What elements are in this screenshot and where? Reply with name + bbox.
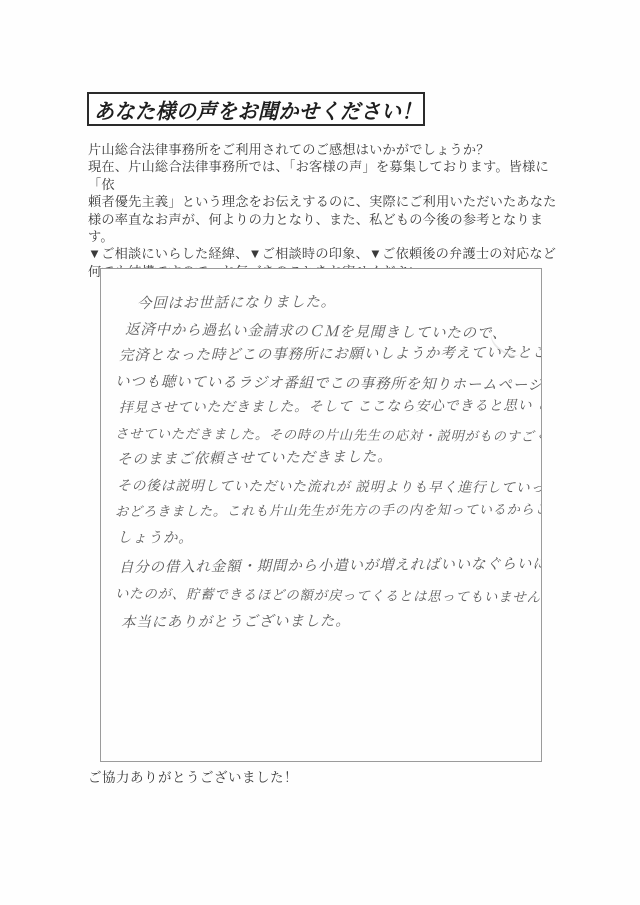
handwritten-line: 完済となった時どこの事務所にお願いしようか考えていたところ bbox=[119, 340, 539, 369]
handwritten-line: 本当にありがとうございました。 bbox=[121, 607, 539, 636]
handwritten-comment-box: 今回はお世話になりました。 返済中から過払い金請求のＣＭを見聞きしていたので、 … bbox=[100, 268, 542, 762]
handwritten-line: そのままご依頼させていただきました。 bbox=[117, 443, 539, 473]
handwritten-line: おどろきました。これも片山先生が先方の手の内を知っているからこそなんで bbox=[115, 497, 539, 525]
intro-paragraph: 片山総合法律事務所をご利用されてのご感想はいかがでしょうか？ 現在、片山総合法律… bbox=[88, 141, 558, 280]
handwritten-line: 自分の借入れ金額・期間から小遣いが増えればいいなぐらいに思って bbox=[119, 551, 539, 581]
handwritten-comment: 今回はお世話になりました。 返済中から過払い金請求のＣＭを見聞きしていたので、 … bbox=[115, 291, 539, 636]
intro-line: 片山総合法律事務所をご利用されてのご感想はいかがでしょうか？ bbox=[88, 141, 558, 158]
handwritten-line: 今回はお世話になりました。 bbox=[137, 287, 539, 317]
intro-line: 頼者優先主義」という理念をお伝えするのに、実際にご利用いただいたあなた bbox=[88, 193, 558, 210]
handwritten-line: しょうか。 bbox=[117, 525, 539, 554]
handwritten-line: いたのが、貯蓄できるほどの額が戻ってくるとは思ってもいませんでした bbox=[115, 581, 539, 611]
handwritten-line: 拝見させていただきました。そして ここなら安心できると思い ご相談 bbox=[119, 393, 539, 421]
closing-note: ご協力ありがとうございました！ bbox=[88, 766, 298, 786]
form-title: あなた様の声をお聞かせください！ bbox=[94, 94, 422, 124]
form-title-box: あなた様の声をお聞かせください！ bbox=[87, 92, 425, 126]
intro-line: 様の率直なお声が、何よりの力となり、また、私どもの今後の参考となります。 bbox=[88, 211, 558, 246]
intro-line: 現在、片山総合法律事務所では、「お客様の声」を募集しております。皆様に「依 bbox=[88, 158, 558, 193]
intro-line: ▼ご相談にいらした経緯、▼ご相談時の印象、▼ご依頼後の弁護士の対応など bbox=[88, 245, 558, 262]
scanned-feedback-form: あなた様の声をお聞かせください！ 片山総合法律事務所をご利用されてのご感想はいか… bbox=[0, 0, 640, 905]
